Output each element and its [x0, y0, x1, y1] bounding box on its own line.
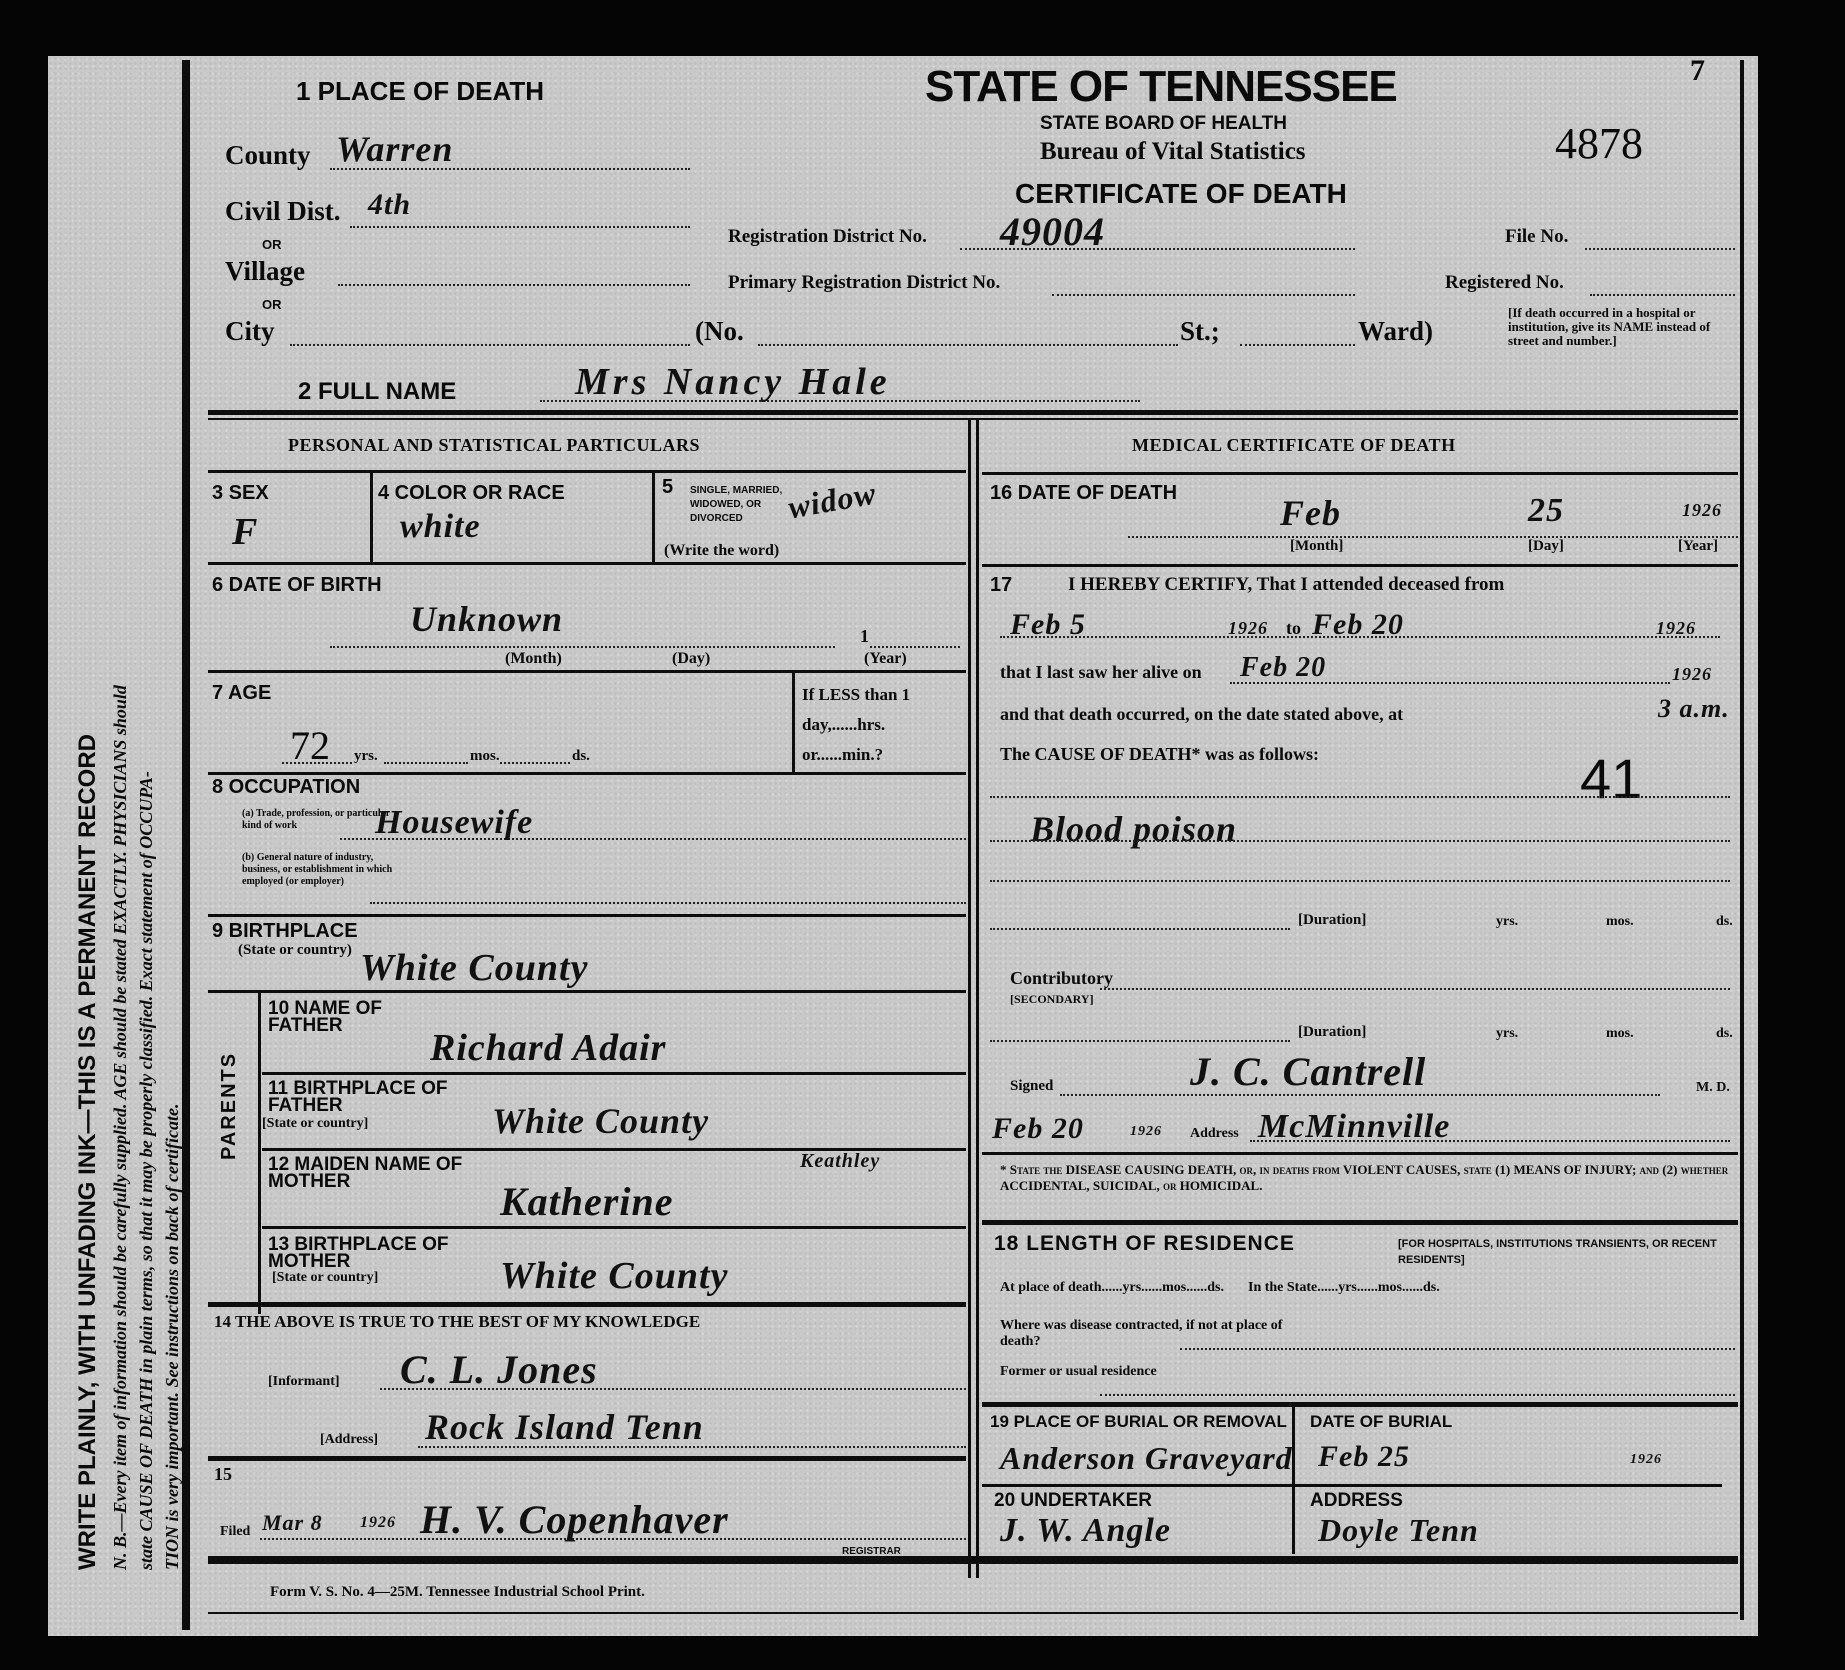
rule: [982, 1152, 1738, 1155]
dob-month-hint: (Month): [505, 650, 562, 668]
place-of-death-heading: 1 PLACE OF DEATH: [296, 76, 544, 107]
bureau-title: Bureau of Vital Statistics: [1040, 138, 1306, 166]
duration-mos-2: mos.: [1606, 1026, 1634, 1042]
dob-year-hint: (Year): [864, 650, 907, 668]
less-than-day: If LESS than 1 day,......hrs. or......mi…: [802, 680, 962, 770]
burial-date-value[interactable]: Feb 25: [1318, 1440, 1410, 1474]
city-label: City: [225, 316, 275, 347]
undertaker-address-value[interactable]: Doyle Tenn: [1318, 1512, 1479, 1549]
age-label: 7 AGE: [212, 682, 271, 705]
last-saw-text: that I last saw her alive on: [1000, 662, 1202, 683]
physician-address-label: Address: [1190, 1126, 1239, 1142]
occurred-time[interactable]: 3 a.m.: [1658, 694, 1730, 724]
full-name-label: 2 FULL NAME: [298, 378, 456, 406]
residence-label: 18 LENGTH OF RESIDENCE: [994, 1232, 1295, 1256]
father-birthplace-value[interactable]: White County: [492, 1100, 709, 1142]
file-no-label: File No.: [1505, 226, 1568, 248]
dob-year-line: [870, 646, 960, 648]
father-birthplace-label: 11 BIRTHPLACE OF FATHER: [268, 1080, 498, 1114]
primary-reg-line: [1052, 294, 1355, 296]
duration-yrs-2: yrs.: [1496, 1026, 1518, 1042]
filed-date[interactable]: Mar 8: [262, 1510, 323, 1536]
city-line: [290, 344, 690, 346]
burial-value[interactable]: Anderson Graveyard: [1000, 1440, 1293, 1477]
bottom-rule: [208, 1556, 1738, 1564]
file-no-line: [1585, 248, 1735, 250]
informant-address-value[interactable]: Rock Island Tenn: [425, 1406, 704, 1448]
cell-divider: [652, 472, 655, 562]
dob-line: [330, 646, 835, 648]
cause-line-1: [990, 796, 1730, 798]
civil-dist-line: [350, 226, 690, 228]
secondary-label: [SECONDARY]: [1010, 992, 1094, 1007]
birthplace-label: 9 BIRTHPLACE: [212, 920, 358, 943]
nb-line-1: N. B.—Every item of information should b…: [110, 685, 131, 1570]
nb-line-2: state CAUSE OF DEATH in plain terms, so …: [136, 771, 157, 1570]
form-footer: Form V. S. No. 4—25M. Tennessee Industri…: [270, 1584, 645, 1601]
father-value[interactable]: Richard Adair: [430, 1026, 666, 1070]
informant-value[interactable]: C. L. Jones: [400, 1346, 598, 1393]
former-residence: Former or usual residence: [1000, 1364, 1200, 1380]
rule: [982, 1402, 1738, 1407]
mother-birthplace-label: 13 BIRTHPLACE OF MOTHER: [268, 1236, 498, 1270]
nb-line-3: TION is very important. See instructions…: [162, 1104, 183, 1570]
or-label-2: OR: [262, 298, 282, 311]
stamp-number: 4878: [1555, 118, 1643, 169]
rule: [208, 772, 966, 775]
dod-day[interactable]: 25: [1528, 492, 1564, 530]
occupation-label: 8 OCCUPATION: [212, 776, 360, 799]
right-border: [1740, 60, 1744, 1620]
ward-line: [1240, 344, 1355, 346]
where-contracted-line: [1180, 1348, 1735, 1350]
cause-value[interactable]: Blood poison: [1030, 808, 1237, 850]
street-number-label: (No.: [695, 316, 744, 347]
cause-code[interactable]: 41: [1580, 746, 1642, 811]
hospital-note: [If death occurred in a hospital or inst…: [1508, 306, 1738, 348]
age-ds: ds.: [572, 748, 590, 765]
corner-number: 7: [1690, 54, 1705, 88]
in-state: In the State......yrs......mos......ds.: [1248, 1280, 1738, 1296]
parents-divider: [258, 992, 261, 1314]
item-15: 15: [214, 1464, 232, 1485]
dob-day-hint: (Day): [672, 650, 710, 668]
rule: [208, 562, 966, 565]
mother-label: 12 MAIDEN NAME OF MOTHER: [268, 1156, 528, 1190]
last-saw-year: 1926: [1672, 664, 1712, 685]
mother-name-insert[interactable]: Keathley: [800, 1150, 880, 1173]
reg-district-value[interactable]: 49004: [1000, 208, 1105, 255]
residence-note: [FOR HOSPITALS, INSTITUTIONS TRANSIENTS,…: [1398, 1236, 1738, 1268]
rule: [208, 1302, 966, 1307]
duration-line-2: [990, 1040, 1290, 1042]
item-17: 17: [990, 574, 1012, 597]
duration-ds-1: ds.: [1716, 914, 1733, 930]
last-saw-date[interactable]: Feb 20: [1240, 652, 1326, 684]
marital-num: 5: [662, 476, 673, 499]
rule: [208, 670, 966, 673]
dob-year-prefix: 1: [860, 626, 869, 647]
marital-hint: (Write the word): [664, 542, 779, 560]
duration-label-1: [Duration]: [1298, 912, 1366, 929]
occupation-a-label: (a) Trade, profession, or particular kin…: [242, 808, 392, 832]
where-contracted: Where was disease contracted, if not at …: [1000, 1318, 1300, 1350]
mother-value[interactable]: Katherine: [500, 1178, 673, 1225]
rule: [262, 1226, 966, 1229]
cause-label: The CAUSE OF DEATH* was as follows:: [1000, 744, 1319, 765]
occupation-b-label: (b) General nature of industry, business…: [242, 852, 402, 888]
board-of-health: STATE BOARD OF HEALTH: [1040, 113, 1287, 135]
undertaker-address-label: ADDRESS: [1310, 1490, 1403, 1512]
registrar-signature[interactable]: H. V. Copenhaver: [420, 1496, 729, 1543]
village-label: Village: [225, 256, 305, 287]
rule: [982, 1484, 1722, 1487]
cause-line-3: [990, 880, 1730, 882]
personal-heading: PERSONAL AND STATISTICAL PARTICULARS: [288, 435, 700, 456]
age-mos-line: [384, 762, 468, 764]
rule: [208, 914, 966, 917]
occupation-b-line: [370, 902, 966, 904]
race-label: 4 COLOR OR RACE: [378, 482, 565, 505]
physician-signature[interactable]: J. C. Cantrell: [1190, 1048, 1426, 1095]
cell-divider: [1292, 1406, 1295, 1554]
rule: [208, 1612, 1738, 1614]
duration-line: [990, 928, 1290, 930]
knowledge-label: 14 THE ABOVE IS TRUE TO THE BEST OF MY K…: [214, 1312, 700, 1332]
duration-ds-2: ds.: [1716, 1026, 1733, 1042]
state-title: STATE OF TENNESSEE: [925, 62, 1397, 112]
filed-year: 1926: [360, 1514, 396, 1532]
birthplace-sub: (State or country): [238, 942, 352, 959]
age-ds-line: [500, 762, 570, 764]
attended-to-year: 1926: [1656, 618, 1696, 639]
signed-label: Signed: [1010, 1078, 1053, 1095]
dob-label: 6 DATE OF BIRTH: [212, 574, 382, 597]
signed-year: 1926: [1130, 1124, 1162, 1140]
dod-month-hint: [Month]: [1290, 538, 1343, 555]
informant-label: [Informant]: [268, 1374, 340, 1390]
registered-no-label: Registered No.: [1445, 272, 1564, 294]
burial-date-label: DATE OF BURIAL: [1310, 1412, 1452, 1432]
md-label: M. D.: [1696, 1080, 1730, 1096]
full-name-value[interactable]: Mrs Nancy Hale: [575, 360, 891, 404]
side-notice: WRITE PLAINLY, WITH UNFADING INK—THIS IS…: [66, 130, 186, 1570]
cause-line-2: [990, 840, 1730, 842]
duration-mos-1: mos.: [1606, 914, 1634, 930]
informant-address-label: [Address]: [320, 1432, 378, 1448]
contributory-label: Contributory: [1010, 968, 1113, 989]
rule: [208, 410, 1738, 415]
attended-from[interactable]: Feb 5: [1010, 608, 1086, 642]
dob-value[interactable]: Unknown: [410, 598, 563, 640]
rule: [982, 472, 1738, 475]
age-mos: mos.: [470, 748, 500, 765]
birthplace-value[interactable]: White County: [360, 946, 588, 990]
permanent-record-notice: WRITE PLAINLY, WITH UNFADING INK—THIS IS…: [74, 734, 102, 1570]
or-label-1: OR: [262, 238, 282, 251]
rule: [982, 1220, 1738, 1225]
dod-year[interactable]: 1926: [1682, 500, 1722, 521]
dod-label: 16 DATE OF DEATH: [990, 482, 1177, 505]
duration-label-2: [Duration]: [1298, 1024, 1366, 1041]
cause-footnote: * State the DISEASE CAUSING DEATH, or, i…: [1000, 1162, 1735, 1194]
at-place-of-death: At place of death......yrs......mos.....…: [1000, 1280, 1260, 1296]
dod-day-hint: [Day]: [1528, 538, 1564, 555]
race-value[interactable]: white: [400, 508, 481, 546]
attended-to[interactable]: Feb 20: [1312, 608, 1404, 642]
certificate-title: CERTIFICATE OF DEATH: [1015, 178, 1347, 210]
rule: [208, 1456, 966, 1461]
medical-heading: MEDICAL CERTIFICATE OF DEATH: [1132, 435, 1456, 456]
street-line: [758, 344, 1178, 346]
undertaker-label: 20 UNDERTAKER: [994, 1490, 1152, 1512]
signed-date[interactable]: Feb 20: [992, 1112, 1084, 1146]
father-birthplace-sub: [State or country]: [262, 1116, 368, 1132]
former-residence-line: [1100, 1394, 1735, 1396]
undertaker-value[interactable]: J. W. Angle: [1000, 1512, 1171, 1550]
column-divider: [968, 418, 971, 1578]
parents-label: PARENTS: [218, 1052, 241, 1160]
burial-label: 19 PLACE OF BURIAL OR REMOVAL: [990, 1412, 1287, 1432]
attended-from-year: 1926: [1228, 618, 1268, 639]
sex-label: 3 SEX: [212, 482, 269, 505]
contributory-line: [1100, 988, 1730, 990]
column-divider: [976, 418, 979, 1578]
rule: [208, 418, 1738, 420]
age-line: [282, 762, 352, 764]
rule: [208, 470, 966, 473]
to-label: to: [1286, 618, 1301, 639]
rule: [262, 1072, 966, 1075]
marital-options: SINGLE, MARRIED, WIDOWED, OR DIVORCED: [690, 484, 800, 526]
sex-value[interactable]: F: [232, 510, 258, 554]
burial-year: 1926: [1630, 1452, 1662, 1468]
st-label: St.;: [1180, 316, 1220, 347]
village-line: [338, 284, 690, 286]
physician-address-value[interactable]: McMinnville: [1258, 1108, 1450, 1146]
mother-birthplace-sub: [State or country]: [272, 1270, 378, 1286]
ward-label: Ward): [1358, 316, 1433, 347]
occurred-text: and that death occurred, on the date sta…: [1000, 704, 1403, 725]
county-value[interactable]: Warren: [336, 128, 453, 170]
occupation-a-value[interactable]: Housewife: [375, 804, 533, 842]
county-label: County: [225, 140, 311, 171]
dod-month[interactable]: Feb: [1280, 492, 1341, 534]
duration-yrs-1: yrs.: [1496, 914, 1518, 930]
rule: [208, 990, 966, 993]
dod-line: [1128, 536, 1738, 538]
mother-birthplace-value[interactable]: White County: [500, 1254, 728, 1298]
rule: [982, 564, 1738, 567]
civil-dist-value[interactable]: 4th: [368, 188, 411, 222]
cell-divider: [370, 472, 373, 562]
filed-label: Filed: [220, 1524, 250, 1540]
certify-text: I HEREBY CERTIFY, That I attended deceas…: [1068, 574, 1504, 596]
registered-no-line: [1590, 294, 1735, 296]
primary-reg-label: Primary Registration District No.: [728, 272, 1000, 294]
civil-dist-label: Civil Dist.: [225, 196, 341, 227]
age-yrs: yrs.: [354, 748, 378, 765]
dod-year-hint: [Year]: [1678, 538, 1718, 555]
cell-divider: [792, 672, 795, 772]
reg-district-label: Registration District No.: [728, 226, 927, 248]
